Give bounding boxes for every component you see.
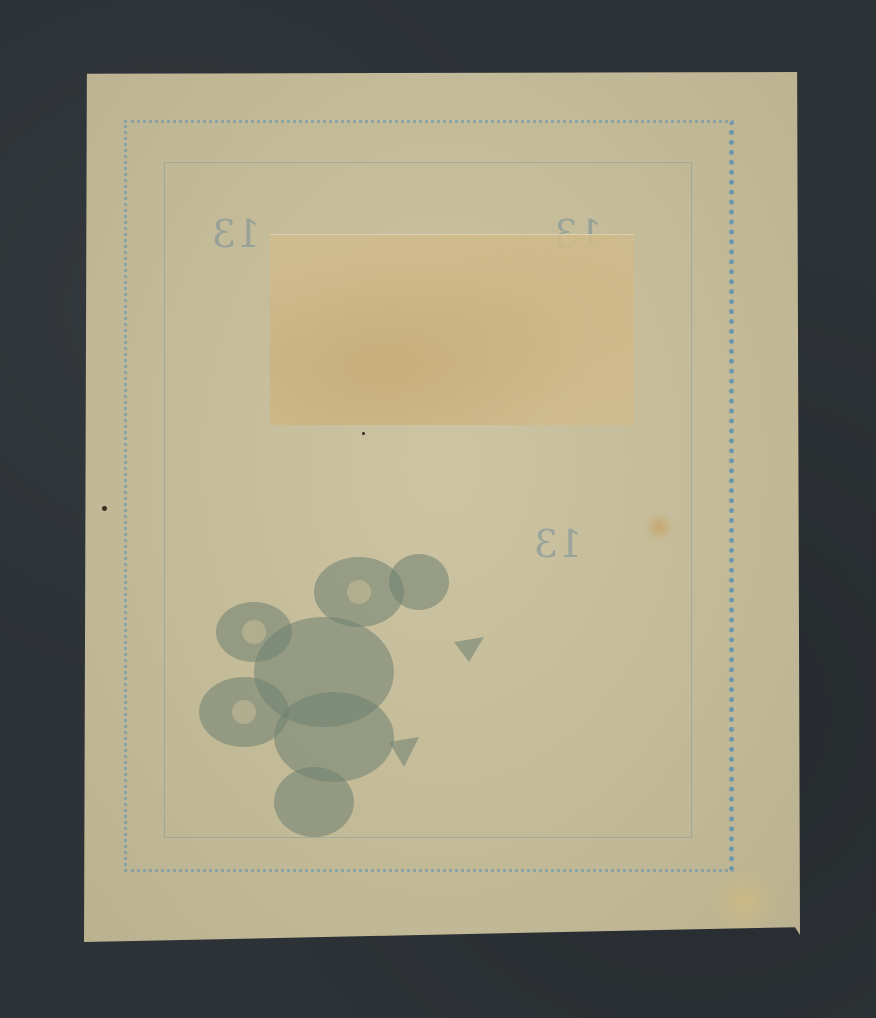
paper-speck [102,506,107,511]
foxing-stain [704,872,784,932]
stamp-reverse: 13 13 13 [84,72,800,942]
eagle-emblem-icon [184,522,504,842]
value-mark-top-left: 13 [212,212,260,256]
value-mark-middle: 13 [534,522,582,566]
paper-speck [362,432,365,435]
hinge-remnant [270,234,634,425]
foxing-stain [644,512,674,542]
